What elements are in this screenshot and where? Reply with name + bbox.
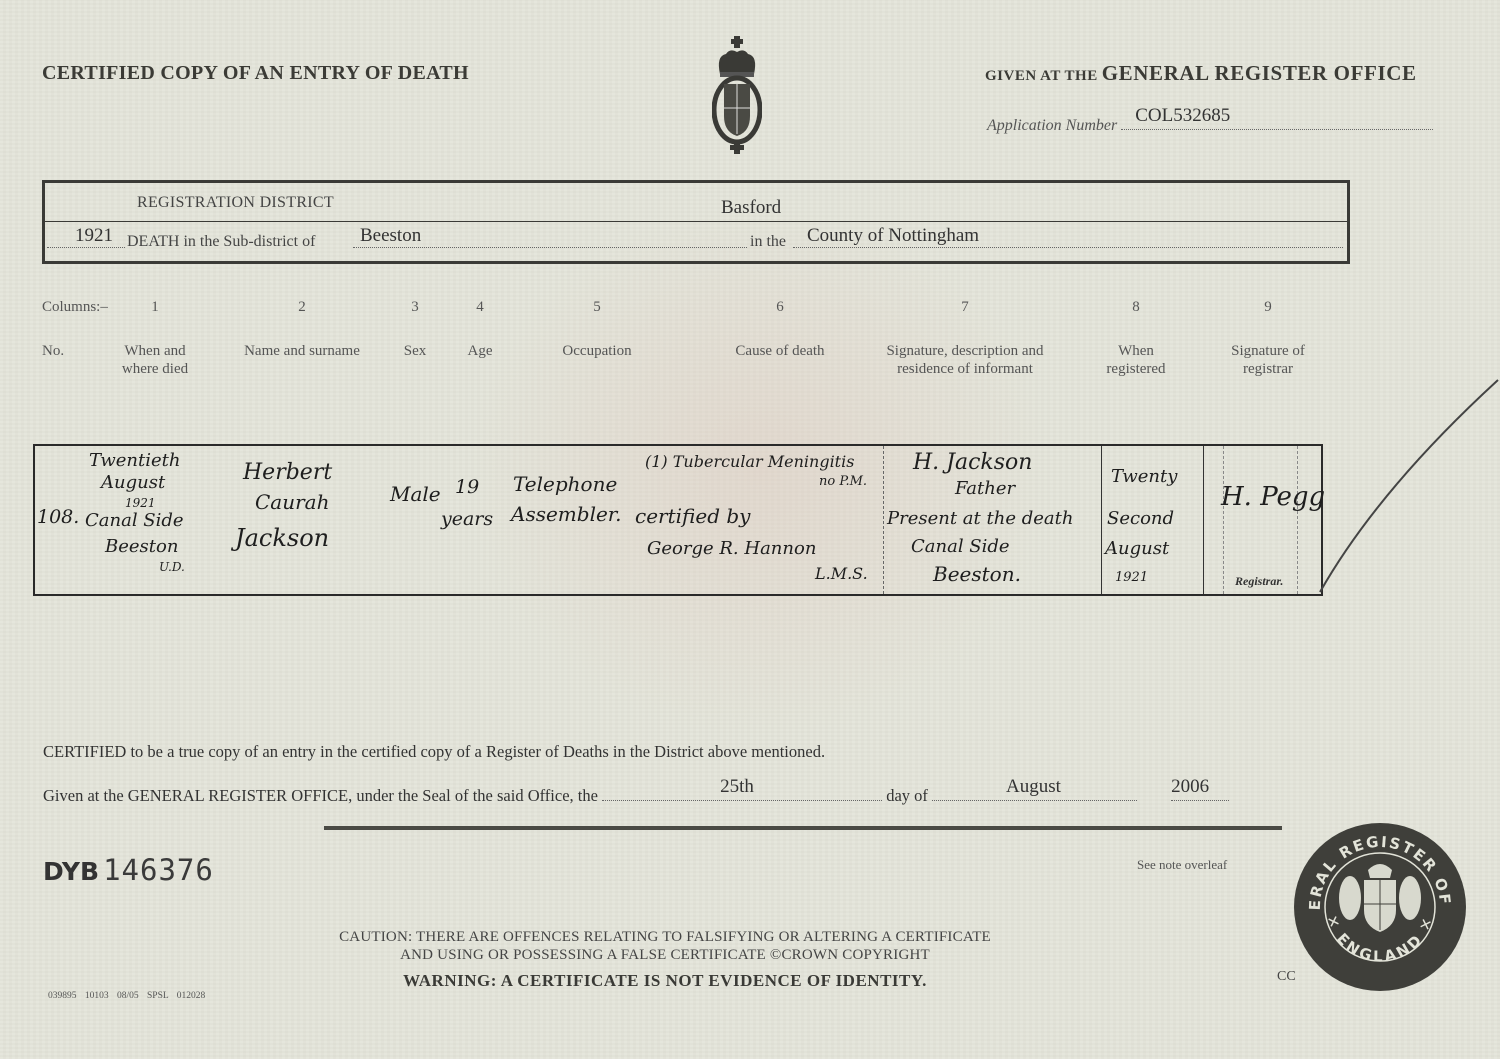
informant-town: Beeston. xyxy=(933,562,1021,586)
column-header-cause: Cause of death xyxy=(720,342,840,360)
age-unit: years xyxy=(441,508,493,530)
given-year: 2006 xyxy=(1171,776,1209,798)
certificate-serial-number: DYB 146376 xyxy=(43,853,214,887)
columns-label: Columns:– xyxy=(42,298,108,316)
column-number-1: 1 xyxy=(145,298,165,316)
occupation-line-1: Telephone xyxy=(513,472,617,496)
age-value: 19 xyxy=(455,476,479,498)
registered-year: 1921 xyxy=(1115,570,1148,585)
subdistrict-label: DEATH in the Sub-district of xyxy=(127,233,315,251)
general-register-office-seal-icon: GENERAL REGISTER OFFICE ✕ ENGLAND ✕ xyxy=(1292,822,1468,992)
application-number-label: Application Number xyxy=(987,117,1117,134)
column-header-registrar: Signature of registrar xyxy=(1218,342,1318,378)
registrar-signature: H. Pegg xyxy=(1221,482,1325,512)
signature-rule xyxy=(324,826,1282,830)
column-number-2: 2 xyxy=(292,298,312,316)
column-number-3: 3 xyxy=(405,298,425,316)
caution-line-1: CAUTION: THERE ARE OFFENCES RELATING TO … xyxy=(300,928,1030,946)
document-title: CERTIFIED COPY OF AN ENTRY OF DEATH xyxy=(42,62,469,85)
registration-district-value: Basford xyxy=(721,197,781,219)
column-header-name: Name and surname xyxy=(232,342,372,360)
caution-line-2: AND USING OR POSSESSING A FALSE CERTIFIC… xyxy=(300,946,1030,964)
cause-doctor-qualification: L.M.S. xyxy=(815,564,868,583)
column-number-5: 5 xyxy=(587,298,607,316)
died-day: Twentieth xyxy=(89,450,181,471)
death-entry-row: 108. Twentieth August 1921 Canal Side Be… xyxy=(33,444,1323,596)
cause-certified-by: certified by xyxy=(635,504,750,528)
column-header-occupation: Occupation xyxy=(547,342,647,360)
column-header-when-where: When and where died xyxy=(105,342,205,378)
name-middle: Caurah xyxy=(255,490,329,514)
informant-relation: Father xyxy=(955,478,1015,499)
application-number-field: Application Number COL532685 xyxy=(987,113,1447,135)
column-header-informant: Signature, description and residence of … xyxy=(870,342,1060,378)
cancel-stroke-line xyxy=(1318,370,1500,595)
died-month: August xyxy=(101,472,165,493)
serial-prefix: DYB xyxy=(43,857,99,886)
caution-notice: CAUTION: THERE ARE OFFENCES RELATING TO … xyxy=(300,928,1030,964)
identity-warning: WARNING: A CERTIFICATE IS NOT EVIDENCE O… xyxy=(300,971,1030,991)
serial-digits: 146376 xyxy=(103,853,214,887)
column-header-sex: Sex xyxy=(395,342,435,360)
subdistrict-row: 1921 DEATH in the Sub-district of Beesto… xyxy=(47,225,1345,253)
entry-number: 108. xyxy=(37,506,79,528)
print-code: 039895 10103 08/05 SPSL 012028 xyxy=(48,991,205,1001)
informant-residence: Canal Side xyxy=(911,536,1010,557)
registration-district-label: REGISTRATION DISTRICT xyxy=(137,194,334,212)
column-header-when-registered: When registered xyxy=(1096,342,1176,378)
county-value: County of Nottingham xyxy=(807,225,979,247)
given-at-line: Given at the GENERAL REGISTER OFFICE, un… xyxy=(43,786,1229,806)
application-number-value: COL532685 xyxy=(1135,105,1230,127)
given-at-label: GIVEN AT THE xyxy=(985,68,1098,84)
name-first: Herbert xyxy=(243,460,332,485)
died-year: 1921 xyxy=(125,496,156,510)
general-register-office-heading: GIVEN AT THE GENERAL REGISTER OFFICE xyxy=(985,61,1417,86)
registrar-label: Registrar. xyxy=(1235,574,1283,589)
cause-of-death: (1) Tubercular Meningitis xyxy=(645,452,854,471)
day-of-label: day of xyxy=(886,786,928,805)
died-place: Canal Side xyxy=(85,510,184,531)
given-day: 25th xyxy=(720,776,754,798)
died-town: Beeston xyxy=(105,536,178,557)
sex-value: Male xyxy=(390,482,441,506)
column-number-6: 6 xyxy=(770,298,790,316)
died-district-abbrev: U.D. xyxy=(159,560,185,574)
column-number-7: 7 xyxy=(955,298,975,316)
occupation-line-2: Assembler. xyxy=(511,502,622,526)
registered-day-1: Twenty xyxy=(1111,466,1177,487)
cause-doctor: George R. Hannon xyxy=(647,538,816,559)
in-the-label: in the xyxy=(750,233,786,251)
subdistrict-value: Beeston xyxy=(360,225,421,247)
gro-title: GENERAL REGISTER OFFICE xyxy=(1102,61,1417,85)
registered-day-2: Second xyxy=(1107,508,1174,529)
registered-month: August xyxy=(1105,538,1169,559)
column-number-4: 4 xyxy=(470,298,490,316)
informant-presence: Present at the death xyxy=(887,508,1073,529)
given-month: August xyxy=(1006,776,1061,798)
informant-name: H. Jackson xyxy=(913,450,1032,475)
column-number-9: 9 xyxy=(1258,298,1278,316)
see-note-overleaf: See note overleaf xyxy=(1137,857,1227,873)
column-header-no: No. xyxy=(42,342,64,360)
cause-post-mortem: no P.M. xyxy=(819,474,867,489)
death-year: 1921 xyxy=(75,225,113,247)
column-number-8: 8 xyxy=(1126,298,1146,316)
given-prefix: Given at the GENERAL REGISTER OFFICE, un… xyxy=(43,786,598,805)
column-header-age: Age xyxy=(460,342,500,360)
royal-crest-icon xyxy=(712,36,762,156)
registration-district-box: REGISTRATION DISTRICT Basford 1921 DEATH… xyxy=(42,180,1350,264)
name-surname: Jackson xyxy=(235,524,329,552)
certification-statement: CERTIFIED to be a true copy of an entry … xyxy=(43,742,825,762)
